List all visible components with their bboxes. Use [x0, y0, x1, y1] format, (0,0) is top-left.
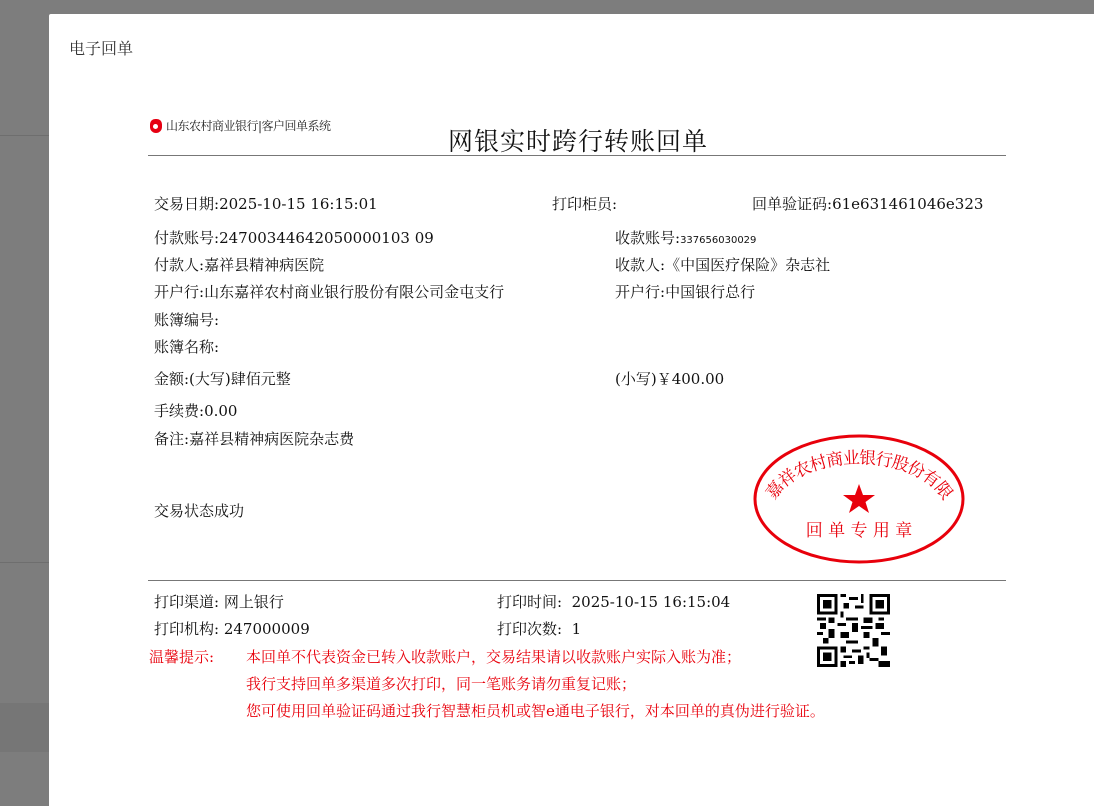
payer-name-value: 嘉祥县精神病医院 — [204, 256, 324, 274]
print-teller-label: 打印柜员: — [552, 195, 617, 213]
payer-name-label: 付款人: — [154, 256, 204, 274]
e-receipt-modal: 电子回单 山东农村商业银行|客户回单系统 网银实时跨行转账回单 交易日期:202… — [49, 14, 1094, 806]
svg-text:山东嘉祥农村商业银行股份有限公司: 山东嘉祥农村商业银行股份有限公司 — [752, 432, 956, 504]
print-org: 打印机构: 247000009 — [154, 618, 310, 639]
verification-code-value: 61e631461046e323 — [832, 195, 983, 213]
receipt-title: 网银实时跨行转账回单 — [448, 122, 708, 158]
print-count-value: 1 — [572, 620, 582, 638]
backdrop-divider — [0, 562, 49, 563]
payee-bank-value: 中国银行总行 — [665, 283, 755, 301]
transaction-status: 交易状态成功 — [154, 500, 244, 521]
print-time: 打印时间: 2025-10-15 16:15:04 — [497, 591, 730, 612]
payer-bank-label: 开户行: — [154, 283, 204, 301]
bank-logo-icon — [150, 119, 162, 133]
bank-logo: 山东农村商业银行|客户回单系统 — [150, 117, 331, 134]
notice-line-3: 您可使用回单验证码通过我行智慧柜员机或智e通电子银行，对本回单的真伪进行验证。 — [246, 700, 825, 721]
ledger-number: 账簿编号: — [154, 309, 219, 330]
print-time-label: 打印时间: — [497, 593, 562, 611]
payee-account-value: 337656030029 — [680, 235, 756, 246]
transaction-date-label: 交易日期: — [154, 195, 219, 213]
amount-upper: 金额:(大写)肆佰元整 — [154, 368, 291, 389]
payer-account-value: 24700344642050000103 09 — [219, 229, 434, 247]
stamp-arc-text: 山东嘉祥农村商业银行股份有限公司 — [752, 432, 956, 504]
star-icon — [843, 484, 875, 513]
notice-line-1: 本回单不代表资金已转入收款账户，交易结果请以收款账户实际入账为准； — [246, 646, 741, 667]
footer-rule — [148, 580, 1006, 581]
amount-upper-label: 金额:(大写) — [154, 370, 231, 388]
fee: 手续费:0.00 — [154, 400, 237, 421]
verification-code: 回单验证码:61e631461046e323 — [752, 193, 983, 214]
remark-value: 嘉祥县精神病医院杂志费 — [189, 430, 354, 448]
bank-logo-text: 山东农村商业银行|客户回单系统 — [166, 117, 331, 134]
amount-upper-value: 肆佰元整 — [231, 370, 291, 388]
print-channel: 打印渠道: 网上银行 — [154, 591, 284, 612]
payer-name: 付款人:嘉祥县精神病医院 — [154, 254, 324, 275]
backdrop-divider — [0, 135, 49, 136]
print-org-label: 打印机构: — [154, 620, 219, 638]
header-rule — [148, 155, 1006, 156]
payer-bank-value: 山东嘉祥农村商业银行股份有限公司金屯支行 — [204, 283, 504, 301]
payee-name-label: 收款人: — [615, 256, 665, 274]
payee-name-value: 《中国医疗保险》杂志社 — [665, 256, 830, 274]
print-count-label: 打印次数: — [497, 620, 562, 638]
remark-label: 备注: — [154, 430, 189, 448]
fee-label: 手续费: — [154, 402, 204, 420]
receipt-document: 山东农村商业银行|客户回单系统 网银实时跨行转账回单 交易日期:2025-10-… — [49, 14, 1094, 806]
fee-value: 0.00 — [204, 402, 237, 420]
remark: 备注:嘉祥县精神病医院杂志费 — [154, 428, 354, 449]
ledger-name-label: 账簿名称: — [154, 338, 219, 356]
print-org-value: 247000009 — [224, 620, 310, 638]
payee-account-label: 收款账号: — [615, 229, 680, 247]
print-teller: 打印柜员: — [552, 193, 617, 214]
print-channel-label: 打印渠道: — [154, 593, 219, 611]
payee-account: 收款账号:337656030029 — [615, 227, 756, 248]
backdrop-band — [0, 703, 49, 752]
payer-bank: 开户行:山东嘉祥农村商业银行股份有限公司金屯支行 — [154, 281, 504, 302]
amount-lower-label: (小写) — [615, 370, 657, 388]
payer-account-label: 付款账号: — [154, 229, 219, 247]
payer-account: 付款账号:24700344642050000103 09 — [154, 227, 434, 248]
notice-label: 温馨提示: — [149, 646, 214, 667]
notice-line-2: 我行支持回单多渠道多次打印，同一笔账务请勿重复记账； — [246, 673, 636, 694]
amount-lower: (小写)￥400.00 — [615, 368, 724, 389]
ledger-name: 账簿名称: — [154, 336, 219, 357]
verification-code-label: 回单验证码: — [752, 195, 832, 213]
print-time-value: 2025-10-15 16:15:04 — [572, 593, 731, 611]
payee-bank-label: 开户行: — [615, 283, 665, 301]
transaction-date: 交易日期:2025-10-15 16:15:01 — [154, 193, 378, 214]
amount-lower-value: ￥400.00 — [657, 370, 725, 388]
official-seal-stamp: 山东嘉祥农村商业银行股份有限公司 回 单 专 用 章 — [752, 432, 966, 566]
transaction-date-value: 2025-10-15 16:15:01 — [219, 195, 378, 213]
ledger-number-label: 账簿编号: — [154, 311, 219, 329]
qr-code — [817, 594, 890, 667]
print-count: 打印次数: 1 — [497, 618, 581, 639]
stamp-center-text: 回 单 专 用 章 — [806, 520, 913, 541]
payee-name: 收款人:《中国医疗保险》杂志社 — [615, 254, 830, 275]
payee-bank: 开户行:中国银行总行 — [615, 281, 755, 302]
print-channel-value: 网上银行 — [224, 593, 284, 611]
